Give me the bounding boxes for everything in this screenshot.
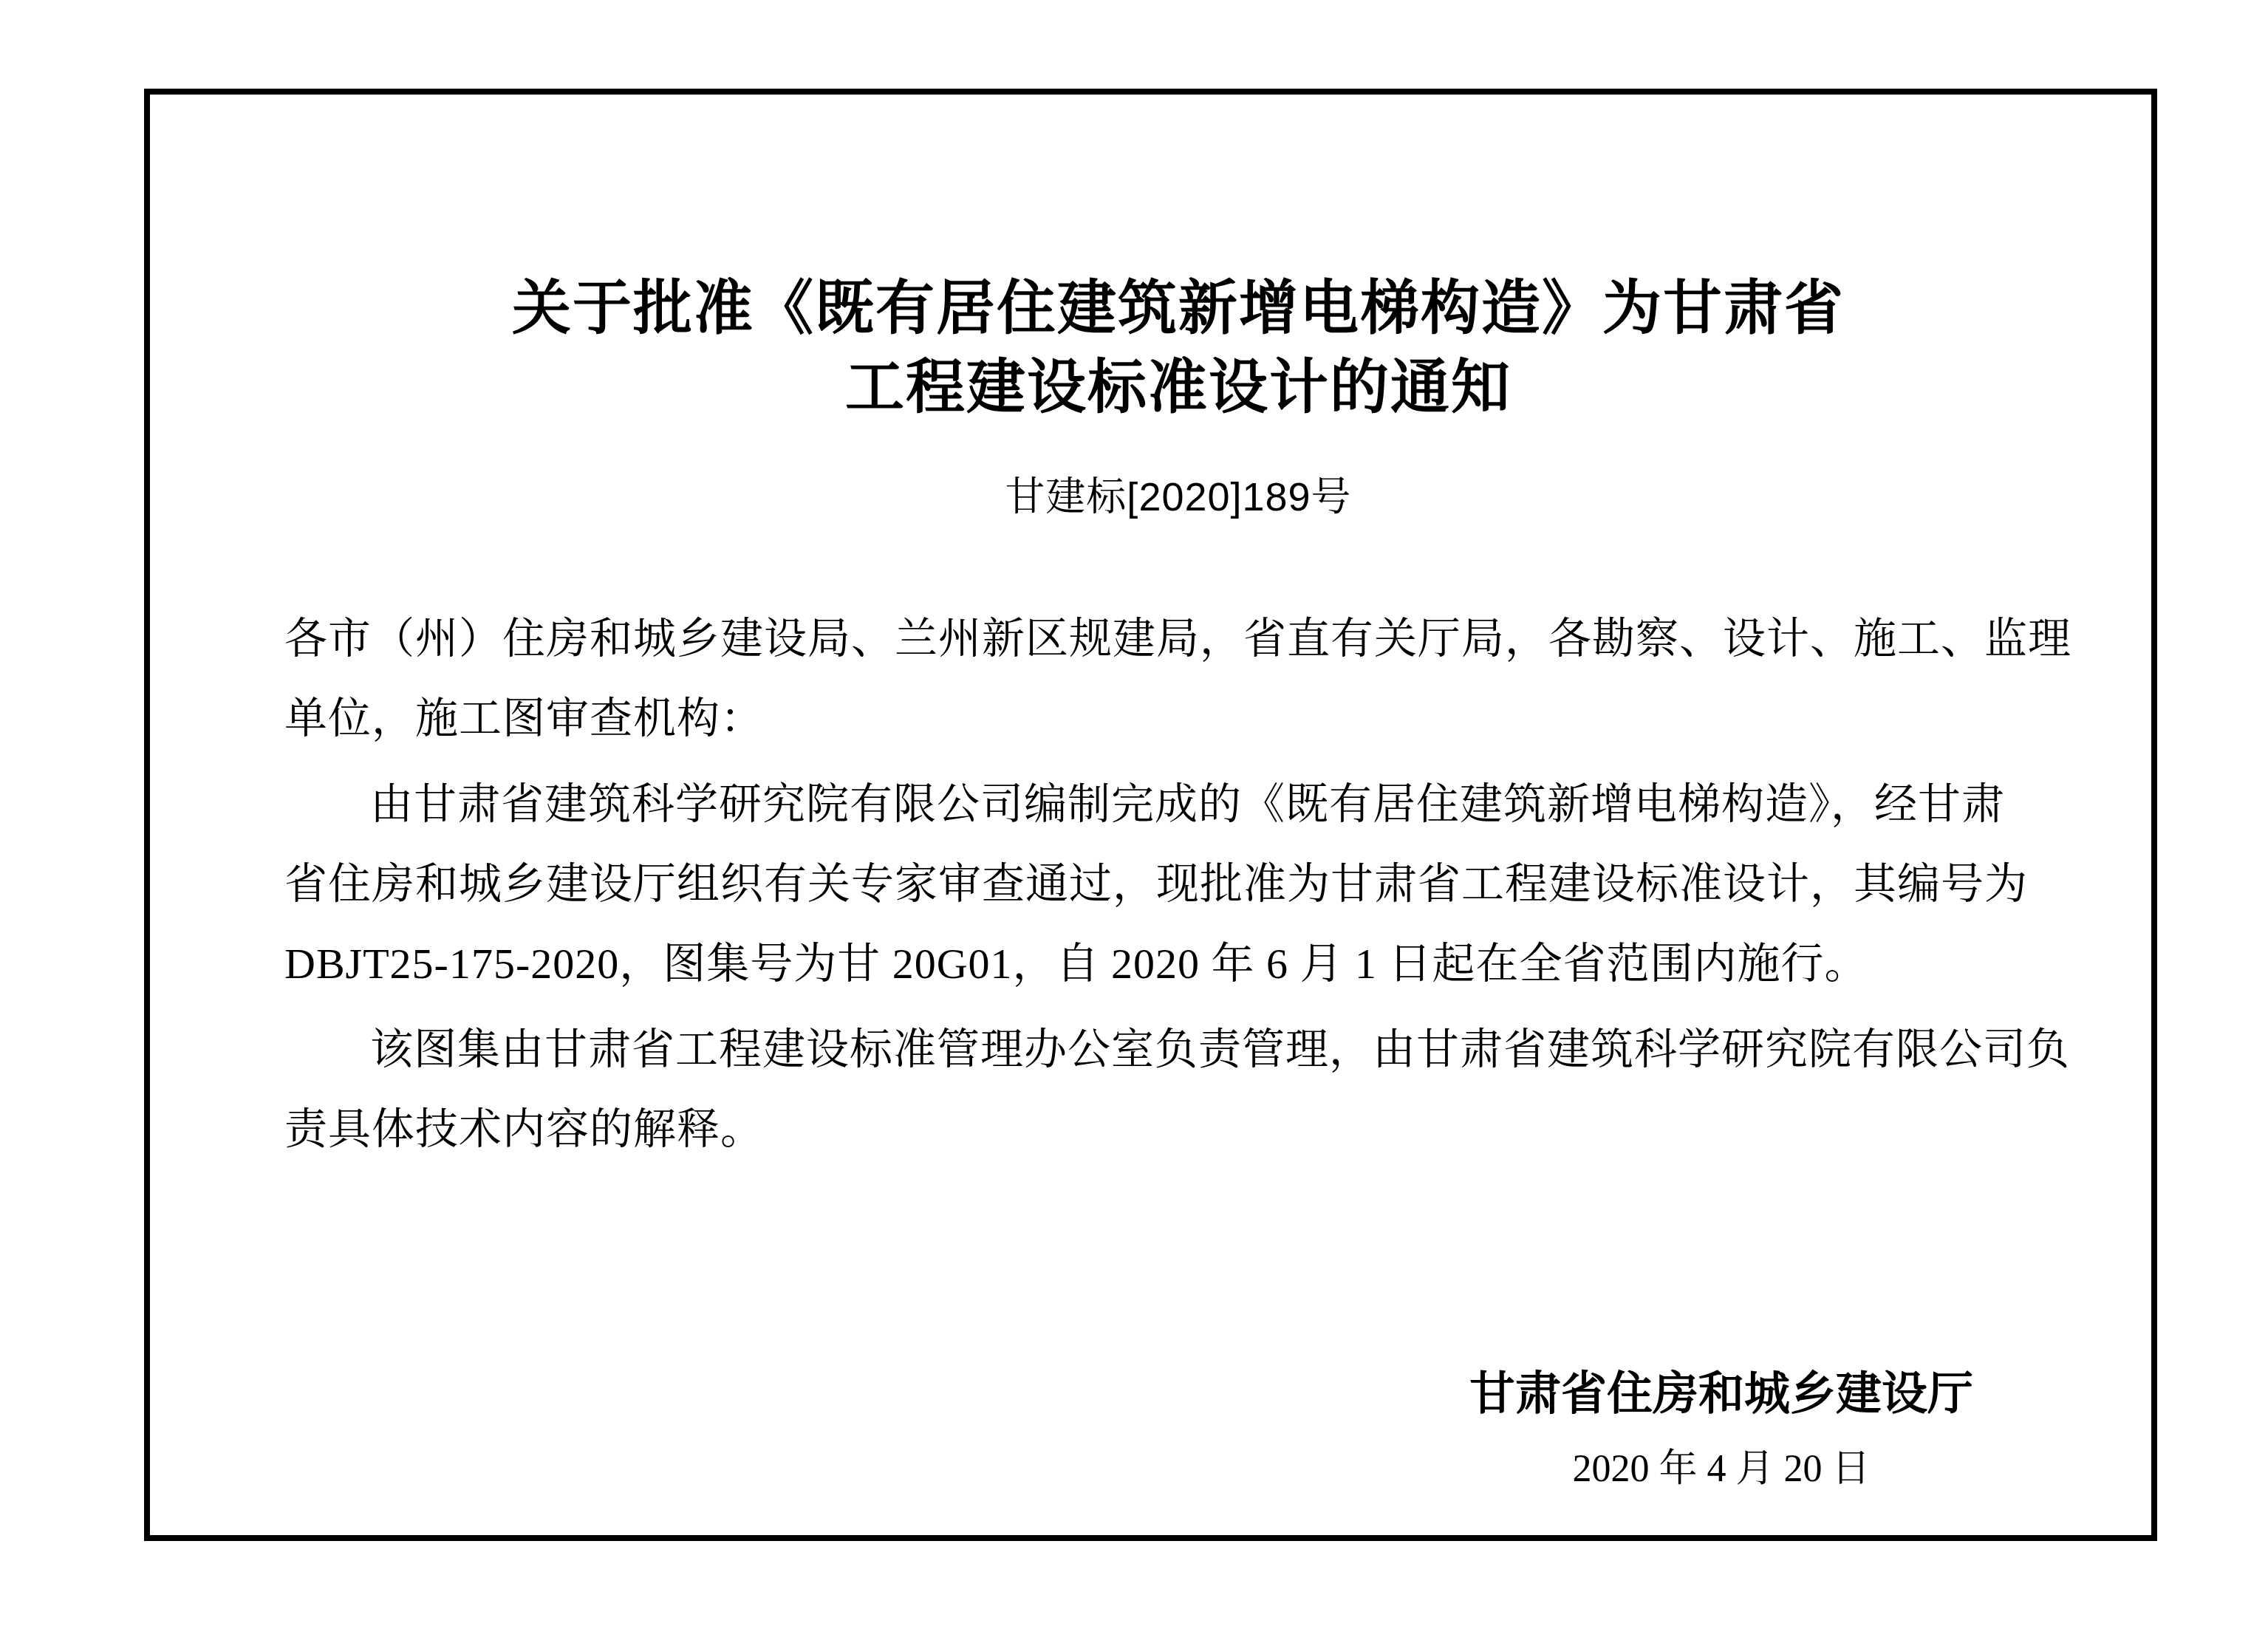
document-frame: 关于批准《既有居住建筑新增电梯构造》为甘肃省 工程建设标准设计的通知 甘建标[2… (144, 89, 2157, 1541)
body-line: 各市（州）住房和城乡建设局、兰州新区规建局，省直有关厅局，各勘察、设计、施工、监… (284, 599, 2072, 679)
body-line: 由甘肃省建筑科学研究院有限公司编制完成的《既有居住建筑新增电梯构造》，经甘肃 (284, 765, 2072, 844)
title-line-1: 关于批准《既有居住建筑新增电梯构造》为甘肃省 (284, 268, 2072, 347)
notice-page: 关于批准《既有居住建筑新增电梯构造》为甘肃省 工程建设标准设计的通知 甘建标[2… (0, 0, 2268, 1640)
issue-date: 2020 年 4 月 20 日 (1396, 1449, 2046, 1490)
notice-body: 各市（州）住房和城乡建设局、兰州新区规建局，省直有关厅局，各勘察、设计、施工、监… (284, 593, 2072, 1175)
doc-number: 甘建标[2020]189号 (284, 475, 2072, 519)
body-line: DBJT25-175-2020，图集号为甘 20G01，自 2020 年 6 月… (284, 924, 2072, 1004)
body-line: 单位，施工图审查机构： (284, 679, 2072, 759)
body-line: 该图集由甘肃省工程建设标准管理办公室负责管理，由甘肃省建筑科学研究院有限公司负 (284, 1010, 2072, 1090)
body-line: 责具体技术内容的解释。 (284, 1090, 2072, 1169)
signature-block: 甘肃省住房和城乡建设厅 2020 年 4 月 20 日 (1396, 1370, 2046, 1490)
notice-title: 关于批准《既有居住建筑新增电梯构造》为甘肃省 工程建设标准设计的通知 (284, 268, 2072, 426)
issuer-name: 甘肃省住房和城乡建设厅 (1396, 1370, 2046, 1419)
body-line: 省住房和城乡建设厅组织有关专家审查通过，现批准为甘肃省工程建设标准设计，其编号为 (284, 844, 2072, 924)
title-line-2: 工程建设标准设计的通知 (284, 347, 2072, 426)
